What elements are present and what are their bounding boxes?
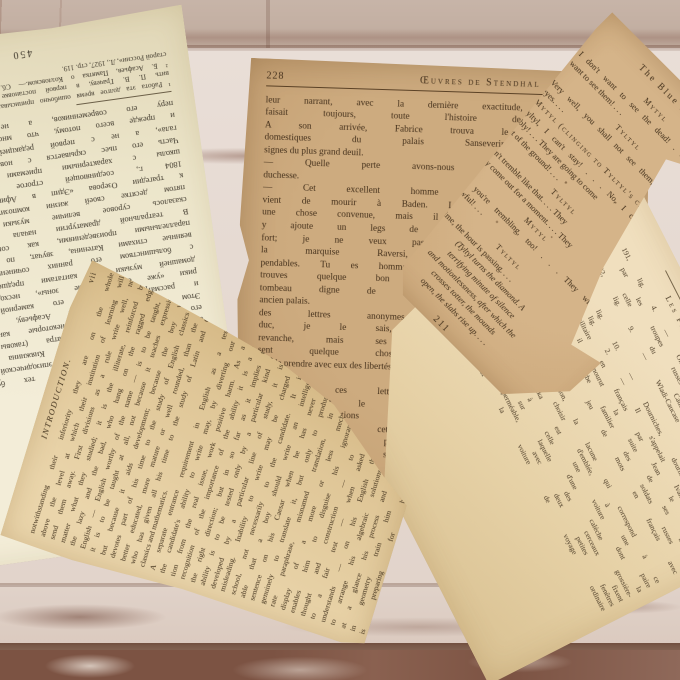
wood-plank-bottom-dark: [0, 650, 680, 680]
introduction-page-number: vii: [86, 271, 99, 285]
wood-vertical-seam: [266, 0, 270, 48]
stendhal-page-number: 228: [266, 70, 326, 84]
photo-of-book-pages: чается только предшественниками тех бурн…: [0, 0, 680, 680]
